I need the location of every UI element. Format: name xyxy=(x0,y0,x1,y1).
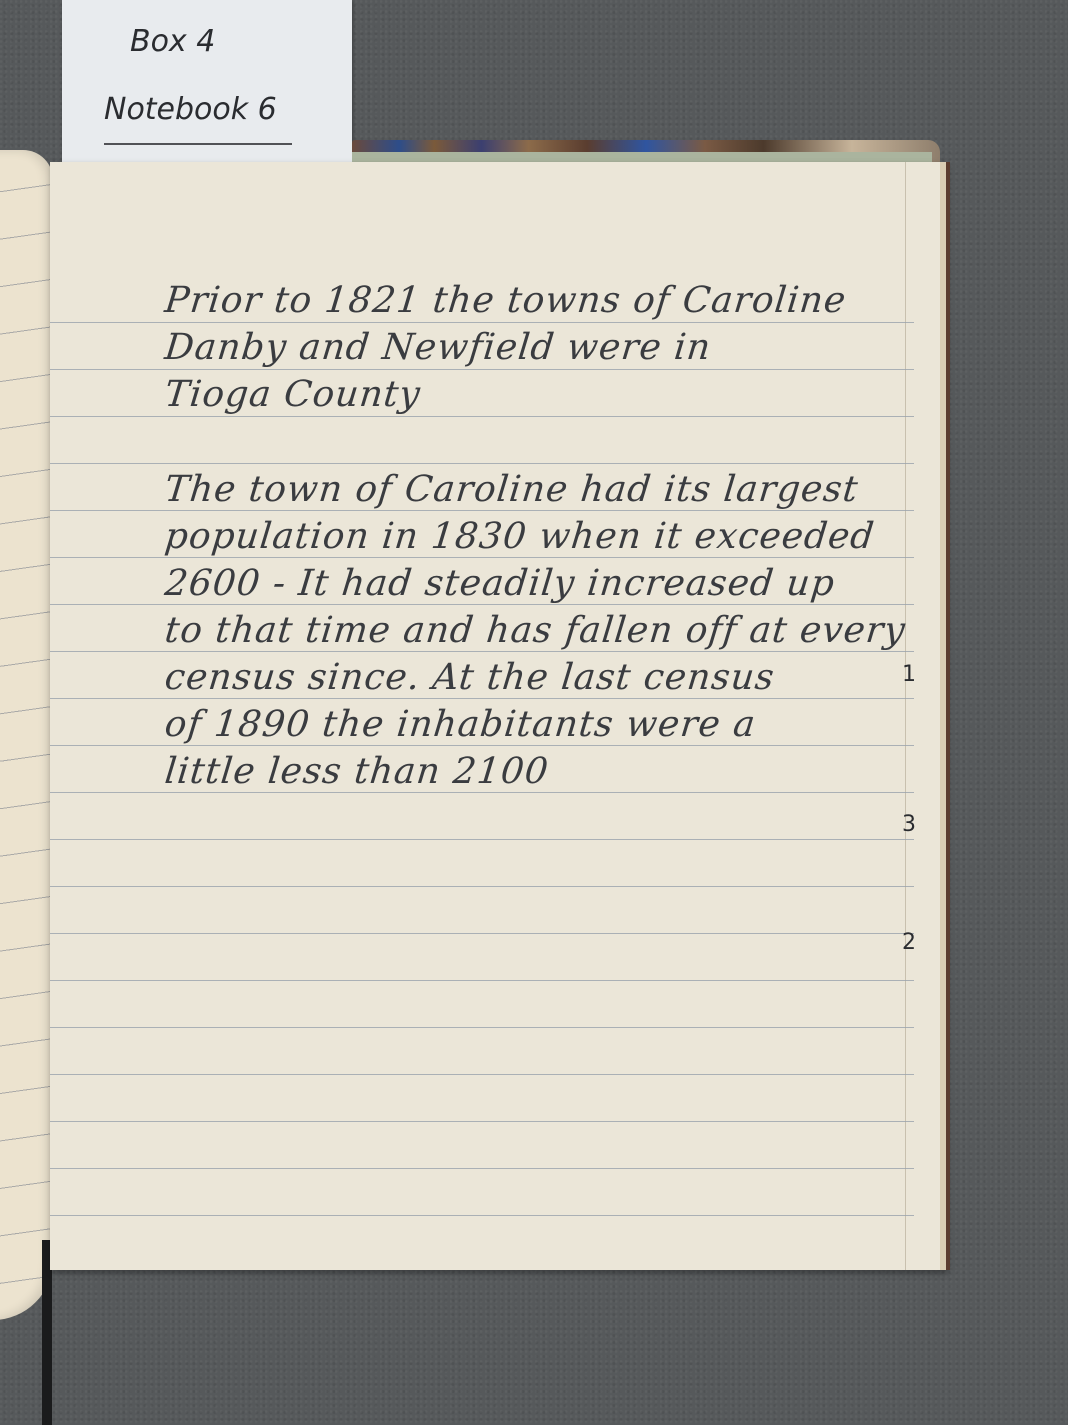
ruled-line xyxy=(50,1027,914,1028)
handwritten-line: to that time and has fallen off at every xyxy=(163,610,908,651)
ruled-line xyxy=(50,510,914,511)
handwritten-line: Tioga County xyxy=(163,374,423,415)
handwritten-line: of 1890 the inhabitants were a xyxy=(163,704,758,745)
ruled-line xyxy=(50,839,914,840)
handwritten-line: census since. At the last census xyxy=(163,657,777,698)
ruled-line xyxy=(50,792,914,793)
left-page xyxy=(0,150,53,1320)
ruled-line xyxy=(50,745,914,746)
margin-mark: 3 xyxy=(902,812,916,837)
ruled-line xyxy=(50,416,914,417)
handwritten-line: Prior to 1821 the towns of Caroline xyxy=(163,280,849,321)
handwritten-line: 2600 - It had steadily increased up xyxy=(163,563,837,604)
ruled-line xyxy=(50,322,914,323)
handwritten-line: little less than 2100 xyxy=(163,751,551,792)
ruled-line xyxy=(50,1121,914,1122)
handwritten-line: The town of Caroline had its largest xyxy=(163,469,861,510)
handwritten-line: Danby and Newfield were in xyxy=(163,327,713,368)
handwritten-line: population in 1830 when it exceeded xyxy=(163,516,877,557)
ruled-line xyxy=(50,933,914,934)
label-box-number: Box 4 xyxy=(130,24,215,59)
ruled-line xyxy=(50,369,914,370)
ruled-line xyxy=(50,1168,914,1169)
ruled-line xyxy=(50,1215,914,1216)
label-notebook-number: Notebook 6 xyxy=(104,92,277,127)
ruled-line xyxy=(50,1074,914,1075)
ruled-line xyxy=(50,651,914,652)
ruled-line xyxy=(50,463,914,464)
ruled-line xyxy=(50,886,914,887)
label-underline xyxy=(104,143,292,145)
margin-rule xyxy=(905,162,906,1270)
archive-label-card: Box 4 Notebook 6 xyxy=(62,0,352,168)
ruled-line xyxy=(50,557,914,558)
margin-mark: 2 xyxy=(902,930,916,955)
ruled-line xyxy=(50,698,914,699)
notebook-page: Prior to 1821 the towns of Caroline Danb… xyxy=(50,162,946,1270)
ruled-line xyxy=(50,980,914,981)
margin-mark: 1 xyxy=(902,662,916,687)
ruled-line xyxy=(50,604,914,605)
